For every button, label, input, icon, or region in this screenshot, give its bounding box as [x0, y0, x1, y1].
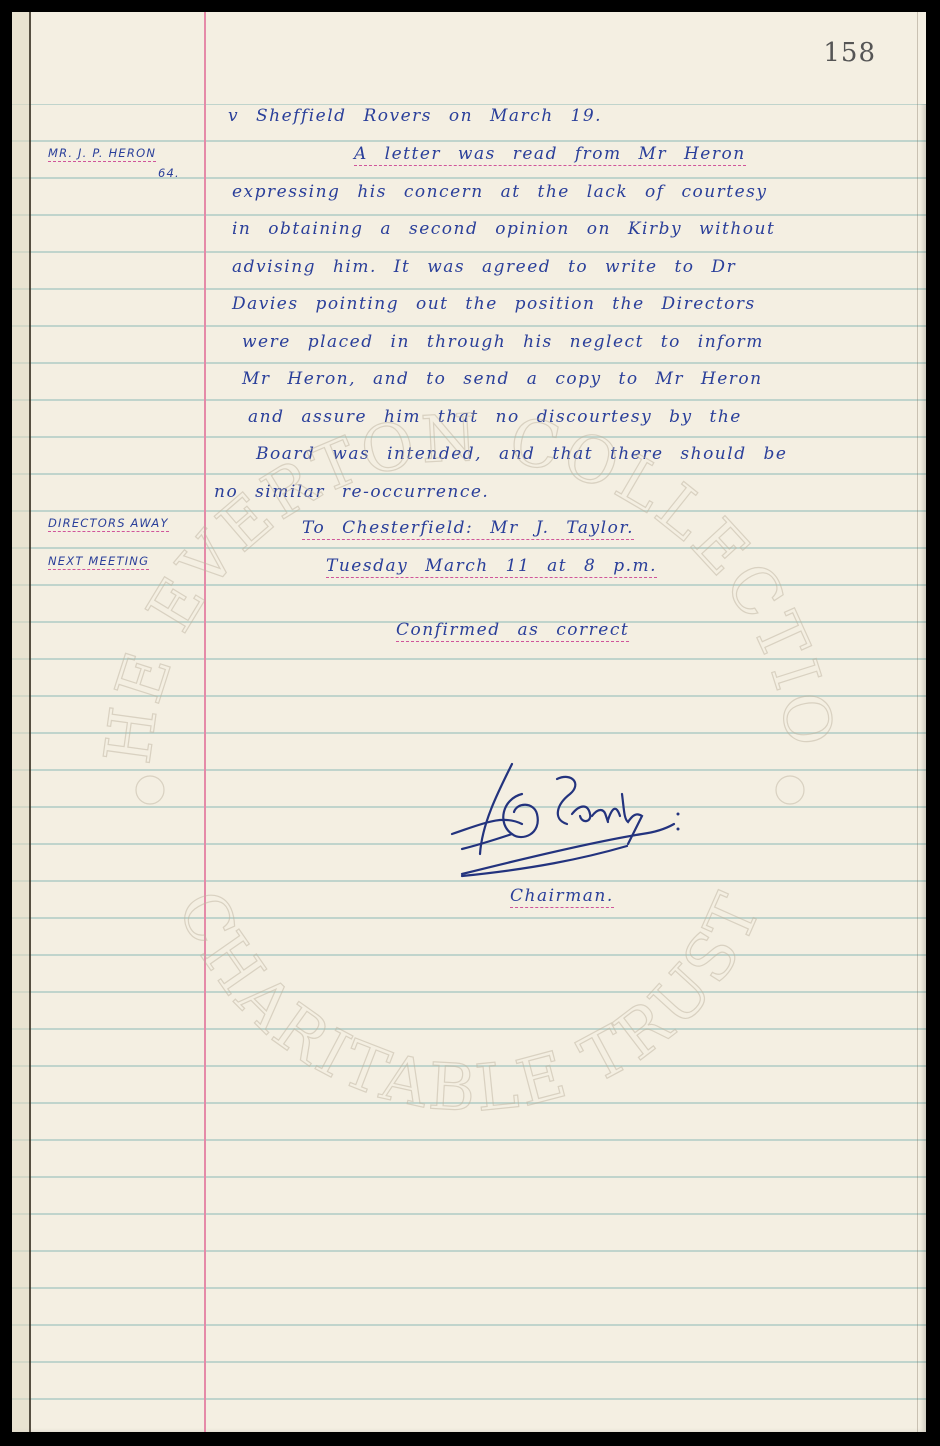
binding-fold-line: [29, 12, 31, 1432]
margin-note-heron: MR. J. P. HERON: [48, 146, 156, 162]
body-line-6: Davies pointing out the position the Dir…: [232, 294, 756, 314]
body-line-7: were placed in through his neglect to in…: [242, 332, 764, 352]
body-line-8: Mr Heron, and to send a copy to Mr Heron: [242, 369, 763, 389]
confirmation-statement: Confirmed as correct: [396, 620, 629, 642]
chairman-signature-icon: [442, 754, 692, 884]
minute-book-page: 158 MR. J. P. HERON 64. DIRECTORS AWAY N…: [12, 12, 926, 1432]
page-number: 158: [823, 38, 876, 68]
signatory-title: Chairman.: [510, 886, 614, 908]
directors-away-entry: To Chesterfield: Mr J. Taylor.: [302, 518, 634, 540]
body-line-11: no similar re-occurrence.: [214, 482, 489, 502]
body-line-9: and assure him that no discourtesy by th…: [248, 407, 742, 427]
margin-note-heron-number: 64.: [158, 166, 180, 180]
margin-note-next-meeting: NEXT MEETING: [48, 554, 149, 570]
body-line-1: v Sheffield Rovers on March 19.: [228, 106, 602, 126]
body-line-4: in obtaining a second opinion on Kirby w…: [232, 219, 775, 239]
body-line-10: Board was intended, and that there shoul…: [256, 444, 787, 464]
margin-rule: [204, 12, 206, 1432]
margin-note-directors-away: DIRECTORS AWAY: [48, 516, 169, 532]
body-line-3: expressing his concern at the lack of co…: [232, 182, 768, 202]
body-line-2: A letter was read from Mr Heron: [354, 144, 746, 166]
page-gutter: [12, 12, 29, 1432]
next-meeting-entry: Tuesday March 11 at 8 p.m.: [326, 556, 657, 578]
body-line-5: advising him. It was agreed to write to …: [232, 257, 736, 277]
page-edge: [917, 12, 918, 1432]
